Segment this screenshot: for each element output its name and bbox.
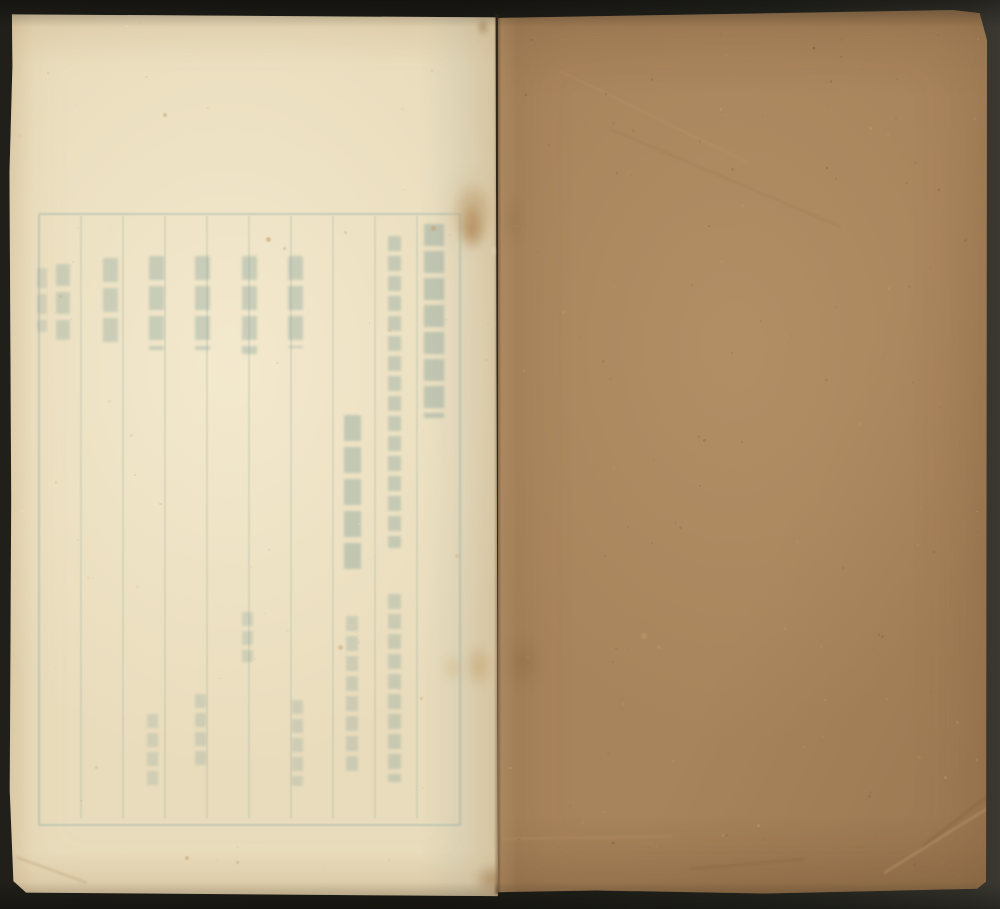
paper-fiber-speckle bbox=[820, 411, 821, 412]
paper-fiber-speckle bbox=[77, 227, 79, 229]
paper-fiber-speckle bbox=[317, 131, 318, 132]
foxing-spot bbox=[612, 842, 614, 844]
paper-fiber-speckle bbox=[337, 634, 338, 635]
showthrough-text-column bbox=[242, 256, 257, 354]
foxing-spot bbox=[657, 645, 661, 649]
paper-fiber-speckle bbox=[718, 302, 720, 304]
paper-fiber-speckle bbox=[282, 561, 283, 562]
paper-fiber-speckle bbox=[18, 134, 20, 136]
paper-fiber-speckle bbox=[929, 267, 931, 269]
paper-fiber-speckle bbox=[159, 503, 162, 506]
paper-fiber-speckle bbox=[803, 746, 805, 748]
stain bbox=[436, 648, 470, 688]
paper-fiber-speckle bbox=[487, 323, 489, 325]
paper-fiber-speckle bbox=[219, 678, 220, 679]
paper-fiber-speckle bbox=[920, 508, 921, 509]
paper-fiber-speckle bbox=[362, 192, 365, 195]
paper-fiber-speckle bbox=[826, 167, 827, 168]
foxing-spot bbox=[455, 554, 459, 558]
paper-fiber-speckle bbox=[973, 117, 975, 119]
paper-fiber-speckle bbox=[518, 838, 520, 840]
foxing-spot bbox=[938, 189, 940, 191]
paper-fiber-speckle bbox=[905, 182, 908, 185]
paper-fiber-speckle bbox=[393, 299, 395, 301]
paper-fiber-speckle bbox=[947, 812, 948, 813]
paper-fiber-speckle bbox=[196, 835, 198, 837]
showthrough-text-column bbox=[344, 415, 361, 572]
paper-fiber-speckle bbox=[325, 885, 327, 887]
paper-fiber-speckle bbox=[679, 526, 682, 529]
paper-fiber-speckle bbox=[585, 122, 586, 123]
paper-fiber-speckle bbox=[833, 846, 836, 849]
paper-fiber-speckle bbox=[580, 639, 583, 642]
paper-fiber-speckle bbox=[873, 649, 875, 651]
paper-fiber-speckle bbox=[612, 661, 614, 663]
foxing-spot bbox=[266, 237, 271, 242]
paper-fiber-speckle bbox=[607, 781, 609, 783]
paper-fiber-speckle bbox=[913, 863, 916, 866]
paper-fiber-speckle bbox=[106, 103, 107, 104]
paper-fiber-speckle bbox=[887, 134, 889, 136]
paper-fiber-speckle bbox=[609, 378, 611, 380]
paper-fiber-speckle bbox=[912, 382, 913, 383]
paper-fiber-speckle bbox=[963, 521, 964, 522]
paper-fiber-speckle bbox=[933, 551, 934, 552]
paper-fiber-speckle bbox=[757, 824, 760, 827]
column-rule bbox=[164, 216, 166, 819]
paper-fiber-speckle bbox=[728, 585, 729, 586]
foxing-spot bbox=[918, 756, 921, 759]
paper-fiber-speckle bbox=[594, 403, 596, 405]
paper-fiber-speckle bbox=[569, 805, 571, 807]
paper-crease bbox=[560, 70, 750, 164]
paper-fiber-speckle bbox=[612, 122, 615, 125]
paper-fiber-speckle bbox=[765, 531, 766, 532]
paper-fiber-speckle bbox=[630, 174, 632, 176]
paper-fiber-speckle bbox=[735, 233, 737, 235]
paper-fiber-speckle bbox=[101, 261, 102, 262]
paper-fiber-speckle bbox=[937, 34, 939, 36]
paper-fiber-speckle bbox=[726, 834, 729, 837]
paper-fiber-speckle bbox=[485, 359, 488, 362]
paper-fiber-speckle bbox=[613, 286, 615, 288]
paper-fiber-speckle bbox=[458, 859, 459, 860]
foxing-spot bbox=[338, 645, 343, 650]
paper-fiber-speckle bbox=[688, 431, 689, 432]
paper-fiber-speckle bbox=[691, 284, 693, 286]
paper-fiber-speckle bbox=[138, 22, 141, 25]
paper-fiber-speckle bbox=[869, 791, 872, 794]
paper-fiber-speckle bbox=[699, 485, 701, 487]
right-cover-page bbox=[498, 10, 987, 894]
paper-fiber-speckle bbox=[708, 225, 710, 227]
paper-fiber-speckle bbox=[704, 679, 706, 681]
paper-fiber-speckle bbox=[822, 736, 824, 738]
foxing-spot bbox=[283, 247, 286, 250]
paper-fiber-speckle bbox=[815, 210, 817, 212]
paper-fiber-speckle bbox=[837, 736, 838, 737]
paper-fiber-speckle bbox=[964, 239, 967, 242]
foxing-spot bbox=[185, 856, 189, 860]
showthrough-text-column bbox=[195, 694, 206, 768]
paper-fiber-speckle bbox=[934, 261, 935, 262]
column-rule bbox=[80, 216, 82, 819]
book-scan: Photographic scan of an opened Chinese t… bbox=[0, 0, 1000, 909]
showthrough-text-column bbox=[37, 268, 47, 332]
paper-fiber-speckle bbox=[831, 108, 833, 110]
paper-fiber-speckle bbox=[742, 204, 745, 207]
paper-fiber-speckle bbox=[21, 785, 23, 787]
spine-shadow bbox=[494, 14, 501, 894]
paper-fiber-speckle bbox=[577, 734, 578, 735]
paper-fiber-speckle bbox=[553, 447, 555, 449]
paper-fiber-speckle bbox=[721, 597, 722, 598]
paper-crease bbox=[502, 835, 672, 840]
foxing-spot bbox=[612, 467, 615, 470]
paper-fiber-speckle bbox=[835, 177, 838, 180]
paper-fiber-speckle bbox=[720, 260, 723, 263]
paper-fiber-speckle bbox=[840, 56, 842, 58]
foxing-spot bbox=[431, 226, 436, 231]
paper-fiber-speckle bbox=[745, 387, 746, 388]
paper-fiber-speckle bbox=[868, 795, 871, 798]
paper-fiber-speckle bbox=[857, 851, 859, 853]
paper-fiber-speckle bbox=[762, 838, 765, 841]
paper-fiber-speckle bbox=[286, 629, 289, 632]
paper-fiber-speckle bbox=[791, 335, 793, 337]
paper-fiber-speckle bbox=[358, 523, 360, 525]
foxing-spot bbox=[878, 634, 880, 636]
paper-fiber-speckle bbox=[369, 322, 370, 323]
column-rule bbox=[416, 216, 418, 819]
paper-fiber-speckle bbox=[881, 635, 884, 638]
paper-fiber-speckle bbox=[668, 468, 669, 469]
paper-crease bbox=[690, 858, 805, 870]
paper-fiber-speckle bbox=[459, 673, 462, 676]
paper-fiber-speckle bbox=[592, 505, 593, 506]
paper-fiber-speckle bbox=[703, 439, 706, 442]
paper-fiber-speckle bbox=[216, 859, 218, 861]
paper-fiber-speckle bbox=[602, 811, 604, 813]
paper-fiber-speckle bbox=[895, 118, 897, 120]
column-rule bbox=[332, 216, 334, 819]
paper-fiber-speckle bbox=[145, 383, 147, 385]
paper-fiber-speckle bbox=[677, 692, 679, 694]
paper-crease bbox=[16, 856, 87, 884]
paper-fiber-speckle bbox=[148, 362, 149, 363]
paper-fiber-speckle bbox=[627, 526, 629, 528]
paper-fiber-speckle bbox=[509, 767, 511, 769]
foxing-spot bbox=[95, 766, 98, 769]
paper-fiber-speckle bbox=[976, 511, 978, 513]
paper-fiber-speckle bbox=[585, 727, 586, 728]
paper-fiber-speckle bbox=[403, 189, 404, 190]
paper-fiber-speckle bbox=[249, 163, 251, 165]
paper-fiber-speckle bbox=[184, 63, 186, 65]
paper-fiber-speckle bbox=[652, 373, 653, 374]
paper-crease bbox=[610, 128, 841, 228]
paper-fiber-speckle bbox=[762, 115, 764, 117]
paper-fiber-speckle bbox=[748, 846, 749, 847]
paper-fiber-speckle bbox=[536, 775, 537, 776]
foxing-spot bbox=[703, 302, 706, 305]
paper-fiber-speckle bbox=[530, 39, 532, 41]
paper-fiber-speckle bbox=[796, 540, 799, 543]
paper-fiber-speckle bbox=[616, 172, 618, 174]
paper-fiber-speckle bbox=[604, 555, 605, 556]
paper-fiber-speckle bbox=[661, 347, 662, 348]
paper-fiber-speckle bbox=[958, 343, 959, 344]
paper-fiber-speckle bbox=[731, 352, 733, 354]
paper-fiber-speckle bbox=[377, 589, 379, 591]
showthrough-text-column bbox=[147, 714, 158, 788]
paper-fiber-speckle bbox=[886, 698, 888, 700]
showthrough-text-column bbox=[56, 264, 70, 340]
paper-fiber-speckle bbox=[725, 114, 727, 116]
paper-fiber-speckle bbox=[886, 358, 889, 361]
paper-fiber-speckle bbox=[482, 65, 485, 68]
paper-fiber-speckle bbox=[683, 878, 686, 881]
paper-fiber-speckle bbox=[401, 108, 403, 110]
showthrough-text-column bbox=[242, 612, 253, 662]
paper-fiber-speckle bbox=[193, 135, 194, 136]
paper-fiber-speckle bbox=[70, 318, 71, 319]
paper-fiber-speckle bbox=[830, 80, 833, 83]
paper-fiber-speckle bbox=[674, 521, 677, 524]
paper-fiber-speckle bbox=[857, 66, 859, 68]
showthrough-text-column bbox=[195, 256, 210, 350]
paper-fiber-speckle bbox=[255, 842, 257, 844]
paper-fiber-speckle bbox=[720, 108, 723, 111]
paper-fiber-speckle bbox=[110, 228, 112, 230]
foxing-spot bbox=[163, 113, 167, 117]
paper-fiber-speckle bbox=[268, 549, 270, 551]
showthrough-text-column bbox=[103, 258, 118, 344]
paper-fiber-speckle bbox=[368, 160, 369, 161]
paper-fiber-speckle bbox=[651, 535, 652, 536]
paper-fiber-speckle bbox=[579, 336, 580, 337]
paper-fiber-speckle bbox=[47, 72, 48, 73]
paper-fiber-speckle bbox=[651, 78, 653, 80]
paper-fiber-speckle bbox=[31, 349, 32, 350]
paper-fiber-speckle bbox=[741, 441, 743, 443]
paper-fiber-speckle bbox=[134, 474, 136, 476]
foxing-spot bbox=[59, 295, 62, 298]
paper-fiber-speckle bbox=[652, 261, 654, 263]
showthrough-text-column bbox=[292, 700, 303, 786]
paper-fiber-speckle bbox=[825, 379, 828, 382]
paper-fiber-speckle bbox=[489, 553, 490, 554]
paper-fiber-speckle bbox=[548, 144, 550, 146]
paper-fiber-speckle bbox=[976, 531, 978, 533]
paper-fiber-speckle bbox=[117, 32, 119, 34]
paper-fiber-speckle bbox=[602, 360, 605, 363]
left-page bbox=[9, 13, 498, 897]
foxing-spot bbox=[641, 633, 647, 639]
paper-fiber-speckle bbox=[888, 287, 891, 290]
paper-fiber-speckle bbox=[372, 26, 373, 27]
paper-fiber-speckle bbox=[602, 580, 603, 581]
showthrough-text-column bbox=[388, 236, 401, 548]
paper-fiber-speckle bbox=[977, 38, 979, 40]
paper-fiber-speckle bbox=[869, 127, 872, 130]
paper-fiber-speckle bbox=[939, 406, 941, 408]
paper-fiber-speckle bbox=[145, 76, 148, 79]
paper-fiber-speckle bbox=[647, 846, 650, 849]
paper-fiber-speckle bbox=[523, 370, 525, 372]
stain bbox=[452, 200, 492, 260]
showthrough-text-column bbox=[346, 616, 358, 772]
paper-fiber-speckle bbox=[724, 419, 726, 421]
paper-fiber-speckle bbox=[192, 501, 193, 502]
paper-fiber-speckle bbox=[133, 615, 135, 617]
paper-crease bbox=[921, 791, 993, 848]
paper-fiber-speckle bbox=[971, 378, 973, 380]
paper-fiber-speckle bbox=[628, 648, 629, 649]
paper-fiber-speckle bbox=[560, 855, 561, 856]
paper-fiber-speckle bbox=[303, 519, 305, 521]
paper-fiber-speckle bbox=[55, 668, 56, 669]
foxing-spot bbox=[236, 861, 239, 864]
paper-fiber-speckle bbox=[923, 200, 924, 201]
paper-fiber-speckle bbox=[206, 107, 209, 110]
paper-fiber-speckle bbox=[482, 142, 484, 144]
paper-fiber-speckle bbox=[940, 855, 943, 858]
paper-fiber-speckle bbox=[632, 129, 635, 132]
paper-fiber-speckle bbox=[906, 33, 908, 35]
paper-fiber-speckle bbox=[236, 846, 239, 849]
foxing-spot bbox=[420, 697, 423, 700]
paper-fiber-speckle bbox=[656, 846, 658, 848]
paper-fiber-speckle bbox=[651, 542, 653, 544]
paper-fiber-speckle bbox=[126, 847, 128, 849]
paper-fiber-speckle bbox=[710, 258, 711, 259]
paper-fiber-speckle bbox=[654, 62, 656, 64]
column-rule bbox=[374, 216, 376, 819]
paper-fiber-speckle bbox=[820, 645, 823, 648]
stain bbox=[474, 14, 492, 40]
paper-fiber-speckle bbox=[976, 759, 977, 760]
paper-fiber-speckle bbox=[616, 776, 617, 777]
paper-fiber-speckle bbox=[660, 312, 662, 314]
paper-fiber-speckle bbox=[725, 54, 728, 57]
paper-fiber-speckle bbox=[21, 832, 22, 833]
foxing-spot bbox=[344, 231, 347, 234]
foxing-spot bbox=[525, 94, 527, 96]
paper-fiber-speckle bbox=[647, 817, 649, 819]
showthrough-text-column bbox=[149, 256, 164, 350]
paper-fiber-speckle bbox=[923, 297, 925, 299]
paper-fiber-speckle bbox=[748, 58, 749, 59]
paper-fiber-speckle bbox=[759, 89, 760, 90]
paper-fiber-speckle bbox=[896, 78, 898, 80]
paper-fiber-speckle bbox=[720, 33, 722, 35]
paper-fiber-speckle bbox=[75, 104, 77, 106]
paper-fiber-speckle bbox=[784, 627, 786, 629]
paper-fiber-speckle bbox=[835, 306, 837, 308]
paper-fiber-speckle bbox=[431, 70, 433, 72]
paper-fiber-speckle bbox=[930, 691, 932, 693]
paper-fiber-speckle bbox=[378, 218, 380, 220]
paper-fiber-speckle bbox=[92, 577, 94, 579]
paper-fiber-speckle bbox=[914, 161, 917, 164]
paper-fiber-speckle bbox=[672, 760, 675, 763]
paper-fiber-speckle bbox=[605, 788, 608, 791]
paper-fiber-speckle bbox=[538, 567, 539, 568]
paper-fiber-speckle bbox=[323, 865, 324, 866]
paper-fiber-speckle bbox=[453, 307, 456, 310]
scan-description: Photographic scan of an opened Chinese t… bbox=[0, 0, 1, 1]
paper-fiber-speckle bbox=[622, 703, 625, 706]
paper-fiber-speckle bbox=[581, 821, 583, 823]
paper-fiber-speckle bbox=[956, 721, 959, 724]
paper-fiber-speckle bbox=[944, 776, 947, 779]
paper-fiber-speckle bbox=[607, 752, 610, 755]
paper-fiber-speckle bbox=[875, 835, 877, 837]
paper-fiber-speckle bbox=[861, 332, 863, 334]
paper-fiber-speckle bbox=[55, 481, 57, 483]
paper-fiber-speckle bbox=[254, 658, 256, 660]
paper-fiber-speckle bbox=[874, 480, 875, 481]
foxing-spot bbox=[130, 434, 133, 437]
paper-fiber-speckle bbox=[947, 766, 948, 767]
paper-fiber-speckle bbox=[32, 381, 33, 382]
paper-fiber-speckle bbox=[562, 311, 565, 314]
paper-crease bbox=[883, 804, 993, 874]
stain bbox=[500, 622, 546, 702]
paper-fiber-speckle bbox=[653, 459, 655, 461]
paper-fiber-speckle bbox=[572, 860, 573, 861]
column-rule bbox=[122, 216, 124, 819]
paper-fiber-speckle bbox=[398, 688, 401, 691]
paper-fiber-speckle bbox=[644, 504, 645, 505]
paper-fiber-speckle bbox=[374, 551, 376, 553]
paper-fiber-speckle bbox=[824, 699, 826, 701]
paper-fiber-speckle bbox=[301, 546, 304, 549]
paper-fiber-speckle bbox=[842, 567, 844, 569]
paper-fiber-speckle bbox=[785, 846, 786, 847]
paper-fiber-speckle bbox=[615, 648, 618, 651]
paper-fiber-speckle bbox=[908, 285, 911, 288]
foxing-spot bbox=[858, 422, 862, 426]
paper-fiber-speckle bbox=[108, 400, 111, 403]
paper-fiber-speckle bbox=[697, 435, 700, 438]
paper-fiber-speckle bbox=[760, 320, 762, 322]
paper-fiber-speckle bbox=[912, 218, 914, 220]
paper-fiber-speckle bbox=[301, 690, 303, 692]
showthrough-text-column bbox=[288, 256, 303, 348]
foxing-spot bbox=[813, 47, 815, 49]
paper-fiber-speckle bbox=[841, 207, 844, 210]
paper-fiber-speckle bbox=[469, 564, 471, 566]
paper-fiber-speckle bbox=[722, 834, 725, 837]
paper-fiber-speckle bbox=[388, 859, 390, 861]
paper-fiber-speckle bbox=[870, 257, 871, 258]
paper-fiber-speckle bbox=[536, 252, 538, 254]
paper-fiber-speckle bbox=[840, 38, 843, 41]
paper-fiber-speckle bbox=[688, 490, 689, 491]
stain bbox=[500, 180, 526, 260]
paper-fiber-speckle bbox=[731, 168, 733, 170]
paper-fiber-speckle bbox=[125, 25, 127, 27]
paper-fiber-speckle bbox=[141, 74, 142, 75]
paper-fiber-speckle bbox=[44, 664, 46, 666]
paper-fiber-speckle bbox=[21, 510, 23, 512]
paper-fiber-speckle bbox=[738, 521, 739, 522]
foxing-spot bbox=[388, 329, 391, 332]
paper-fiber-speckle bbox=[87, 577, 89, 579]
paper-fiber-speckle bbox=[917, 544, 919, 546]
